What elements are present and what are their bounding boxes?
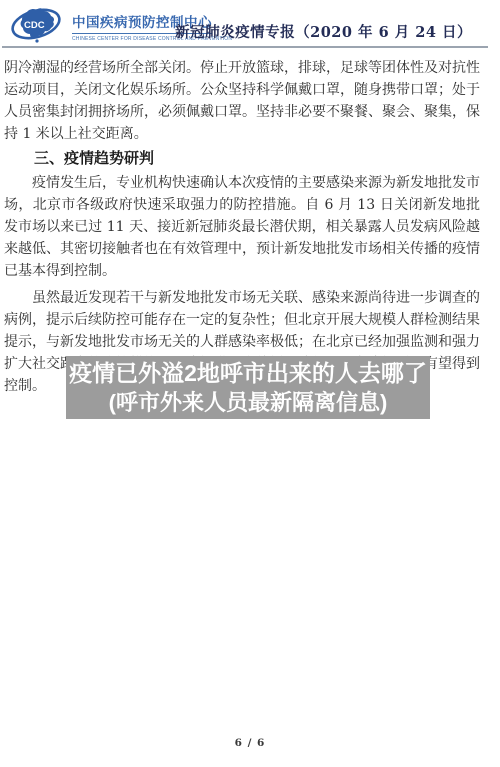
page-number: 6 / 6 — [0, 737, 500, 749]
cdc-logo-icon: CDC — [10, 3, 62, 45]
report-header: CDC 中国疾病预防控制中心 CHINESE CENTER FOR DISEAS… — [0, 0, 500, 46]
report-body: 阴冷潮湿的经营场所全部关闭。停止开放篮球，排球，足球等团体性及对抗性运动项目，关… — [4, 57, 480, 397]
report-page: CDC 中国疾病预防控制中心 CHINESE CENTER FOR DISEAS… — [0, 0, 500, 767]
overlay-banner-title: 疫情已外溢2地呼市出来的人去哪了 — [66, 356, 430, 389]
paragraph-trend-1: 疫情发生后，专业机构快速确认本次疫情的主要感染来源为新发地批发市场，北京市各级政… — [4, 172, 480, 282]
header-divider-line — [2, 46, 488, 48]
report-title: 新冠肺炎疫情专报（2020 年 6 月 24 日） — [175, 21, 472, 42]
cdc-logo-text: CDC — [24, 20, 45, 31]
section-heading-trend-analysis: 三、疫情趋势研判 — [4, 148, 480, 170]
overlay-banner: 疫情已外溢2地呼市出来的人去哪了 (呼市外来人员最新隔离信息) — [66, 356, 430, 419]
overlay-banner-subtitle: (呼市外来人员最新隔离信息) — [66, 389, 430, 417]
paragraph-continuation: 阴冷潮湿的经营场所全部关闭。停止开放篮球，排球，足球等团体性及对抗性运动项目，关… — [4, 57, 480, 145]
